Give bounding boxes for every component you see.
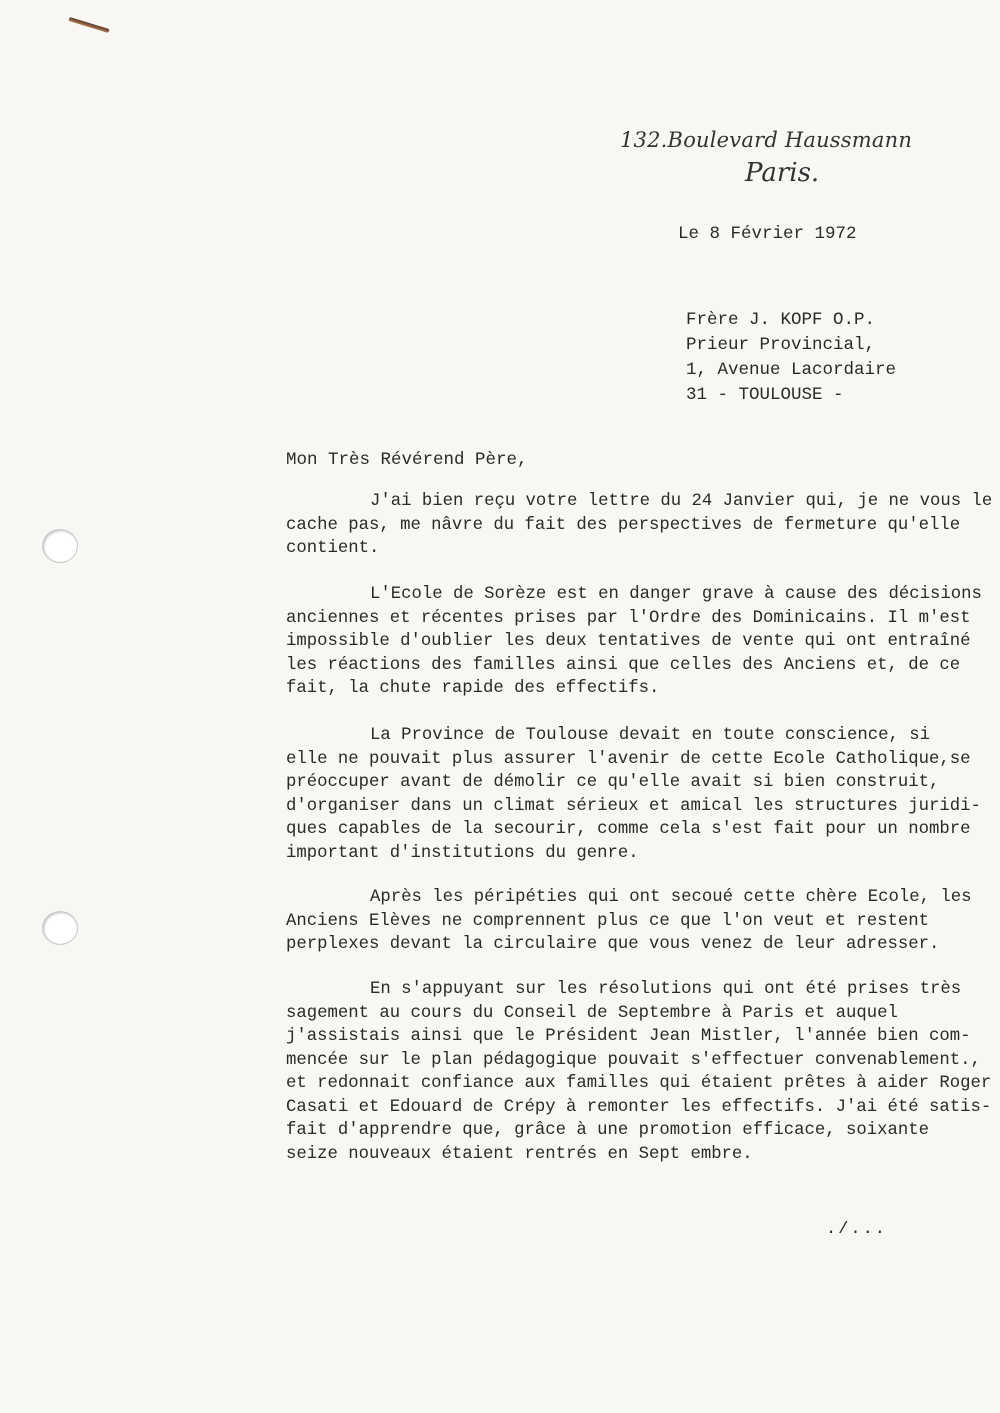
continuation-mark: ./...: [826, 1220, 887, 1239]
paragraph-line: ques capables de la secourir, comme cela…: [286, 818, 981, 842]
paragraph-line: La Province de Toulouse devait en toute …: [286, 724, 981, 748]
paragraph-line: impossible d'oublier les deux tentatives…: [286, 630, 982, 654]
recipient-line: 1, Avenue Lacordaire: [686, 358, 896, 383]
recipient-line: 31 - TOULOUSE -: [686, 383, 896, 408]
recipient-line: Prieur Provincial,: [686, 333, 896, 358]
letter-date: Le 8 Février 1972: [678, 224, 857, 244]
paragraph-line: L'Ecole de Sorèze est en danger grave à …: [286, 583, 982, 607]
paragraph-line: Casati et Edouard de Crépy à remonter le…: [286, 1096, 991, 1120]
paragraph-line: sagement au cours du Conseil de Septembr…: [286, 1002, 991, 1026]
paragraph-5: En s'appuyant sur les résolutions qui on…: [286, 978, 991, 1166]
paragraph-1: J'ai bien reçu votre lettre du 24 Janvie…: [286, 490, 992, 561]
letterhead-street: 132.Boulevard Haussmann: [620, 128, 912, 152]
punch-hole-bottom: [43, 912, 77, 944]
paragraph-line: En s'appuyant sur les résolutions qui on…: [286, 978, 991, 1002]
paragraph-line: Après les péripéties qui ont secoué cett…: [286, 886, 972, 910]
recipient-address: Frère J. KOPF O.P. Prieur Provincial, 1,…: [686, 308, 896, 408]
paragraph-2: L'Ecole de Sorèze est en danger grave à …: [286, 583, 982, 701]
paragraph-line: et redonnait confiance aux familles qui …: [286, 1072, 991, 1096]
paper-clip-mark: [68, 17, 109, 33]
salutation: Mon Très Révérend Père,: [286, 450, 528, 470]
paragraph-line: cache pas, me nâvre du fait des perspect…: [286, 514, 992, 538]
punch-hole-top: [43, 530, 77, 562]
paragraph-line: fait, la chute rapide des effectifs.: [286, 677, 982, 701]
paragraph-3: La Province de Toulouse devait en toute …: [286, 724, 981, 865]
paragraph-line: anciennes et récentes prises par l'Ordre…: [286, 607, 982, 631]
paragraph-line: j'assistais ainsi que le Président Jean …: [286, 1025, 991, 1049]
paragraph-line: les réactions des familles ainsi que cel…: [286, 654, 982, 678]
paragraph-line: perplexes devant la circulaire que vous …: [286, 933, 972, 957]
recipient-line: Frère J. KOPF O.P.: [686, 308, 896, 333]
paragraph-line: mencée sur le plan pédagogique pouvait s…: [286, 1049, 991, 1073]
letter-page: 132.Boulevard Haussmann Paris. Le 8 Févr…: [0, 0, 1000, 1413]
paragraph-4: Après les péripéties qui ont secoué cett…: [286, 886, 972, 957]
letterhead-city: Paris.: [745, 158, 819, 188]
paragraph-line: préoccuper avant de démolir ce qu'elle a…: [286, 771, 981, 795]
paragraph-line: important d'institutions du genre.: [286, 842, 981, 866]
paragraph-line: Anciens Elèves ne comprennent plus ce qu…: [286, 910, 972, 934]
paragraph-line: elle ne pouvait plus assurer l'avenir de…: [286, 748, 981, 772]
paragraph-line: seize nouveaux étaient rentrés en Sept e…: [286, 1143, 991, 1167]
paragraph-line: d'organiser dans un climat sérieux et am…: [286, 795, 981, 819]
paragraph-line: J'ai bien reçu votre lettre du 24 Janvie…: [286, 490, 992, 514]
paragraph-line: contient.: [286, 537, 992, 561]
paragraph-line: fait d'apprendre que, grâce à une promot…: [286, 1119, 991, 1143]
